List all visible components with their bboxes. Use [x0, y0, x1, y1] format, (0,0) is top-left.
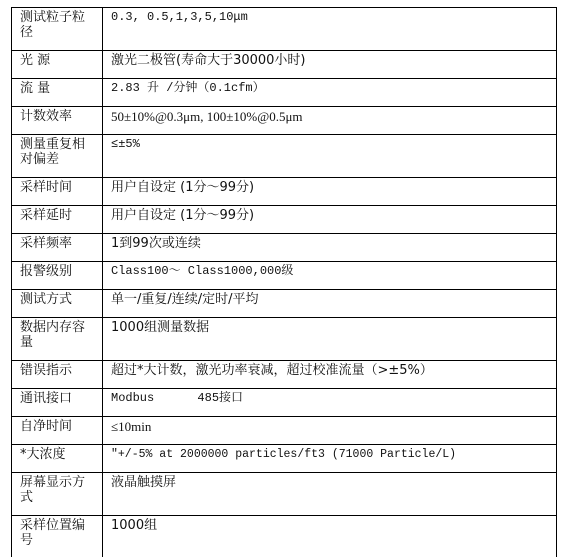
table-row: 数据内存容量1000组测量数据 [12, 318, 557, 361]
row-label: 屏幕显示方式 [12, 473, 103, 516]
row-value: 超过*大计数，激光功率衰减，超过校准流量（>±5%） [103, 361, 557, 389]
row-value: 单一/重复/连续/定时/平均 [103, 290, 557, 318]
row-value: ≤±5% [103, 135, 557, 178]
row-label: 错误指示 [12, 361, 103, 389]
row-label: 测试粒子粒径 [12, 8, 103, 51]
row-value: Modbus 485接口 [103, 389, 557, 417]
table-row: 流 量2.83 升 /分钟（0.1cfm） [12, 79, 557, 107]
table-row: 测试粒子粒径0.3, 0.5,1,3,5,10μm [12, 8, 557, 51]
row-value: ≤10min [103, 417, 557, 445]
row-label: 报警级别 [12, 262, 103, 290]
row-value: 液晶触摸屏 [103, 473, 557, 516]
row-value: 0.3, 0.5,1,3,5,10μm [103, 8, 557, 51]
row-label: 自净时间 [12, 417, 103, 445]
table-row: 测量重复相对偏差≤±5% [12, 135, 557, 178]
row-value: Class100～ Class1000,000级 [103, 262, 557, 290]
row-label: 通讯接口 [12, 389, 103, 417]
row-label: 计数效率 [12, 107, 103, 135]
row-value: 50±10%@0.3μm, 100±10%@0.5μm [103, 107, 557, 135]
table-row: 自净时间≤10min [12, 417, 557, 445]
row-value: 1到99次或连续 [103, 234, 557, 262]
row-label: 采样延时 [12, 206, 103, 234]
table-row: 测试方式单一/重复/连续/定时/平均 [12, 290, 557, 318]
row-label: 测试方式 [12, 290, 103, 318]
row-label: 测量重复相对偏差 [12, 135, 103, 178]
table-row: 报警级别Class100～ Class1000,000级 [12, 262, 557, 290]
table-row: 采样频率1到99次或连续 [12, 234, 557, 262]
row-label: 采样位置编号 [12, 516, 103, 557]
table-row: 计数效率50±10%@0.3μm, 100±10%@0.5μm [12, 107, 557, 135]
table-row: 屏幕显示方式液晶触摸屏 [12, 473, 557, 516]
spec-table-body: 测试粒子粒径0.3, 0.5,1,3,5,10μm 光 源激光二极管(寿命大于3… [12, 8, 557, 557]
row-label: *大浓度 [12, 445, 103, 473]
table-row: 错误指示超过*大计数，激光功率衰减，超过校准流量（>±5%） [12, 361, 557, 389]
row-value: 1000组 [103, 516, 557, 557]
table-row: 采样时间用户自设定 (1分～99分) [12, 178, 557, 206]
row-value: 用户自设定 (1分～99分) [103, 206, 557, 234]
row-value: 用户自设定 (1分～99分) [103, 178, 557, 206]
row-value: 激光二极管(寿命大于30000小时) [103, 51, 557, 79]
table-row: 采样位置编号1000组 [12, 516, 557, 557]
row-value: 1000组测量数据 [103, 318, 557, 361]
table-row: 采样延时用户自设定 (1分～99分) [12, 206, 557, 234]
table-row: *大浓度″+/-5% at 2000000 particles/ft3 (710… [12, 445, 557, 473]
table-row: 光 源激光二极管(寿命大于30000小时) [12, 51, 557, 79]
row-label: 光 源 [12, 51, 103, 79]
row-label: 流 量 [12, 79, 103, 107]
row-label: 采样时间 [12, 178, 103, 206]
row-value: ″+/-5% at 2000000 particles/ft3 (71000 P… [103, 445, 557, 473]
spec-table: 测试粒子粒径0.3, 0.5,1,3,5,10μm 光 源激光二极管(寿命大于3… [11, 7, 557, 557]
row-value: 2.83 升 /分钟（0.1cfm） [103, 79, 557, 107]
row-label: 采样频率 [12, 234, 103, 262]
row-label: 数据内存容量 [12, 318, 103, 361]
table-row: 通讯接口Modbus 485接口 [12, 389, 557, 417]
